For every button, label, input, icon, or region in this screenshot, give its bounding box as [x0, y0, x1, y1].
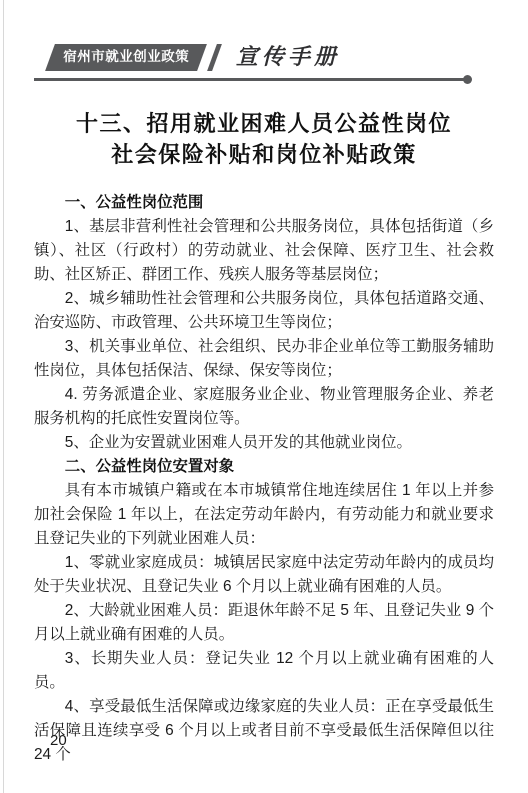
header-rule	[34, 78, 470, 81]
handbook-page: { "header": { "badge_label": "宿州市就业创业政策"…	[0, 0, 528, 793]
chapter-title-line1: 十三、招用就业困难人员公益性岗位	[0, 108, 528, 139]
policy-series-badge: 宿州市就业创业政策	[45, 44, 207, 71]
paragraph: 具有本市城镇户籍或在本市城镇常住地连续居住 1 年以上并参加社会保险 1 年以上…	[34, 479, 494, 551]
chapter-title: 十三、招用就业困难人员公益性岗位 社会保险补贴和岗位补贴政策	[0, 108, 528, 170]
paragraph: 5、企业为安置就业困难人员开发的其他就业岗位。	[34, 431, 494, 455]
section-heading: 一、公益性岗位范围	[34, 191, 494, 215]
paragraph: 3、长期失业人员：登记失业 12 个月以上就业确有困难的人员。	[34, 647, 494, 695]
chapter-title-line2: 社会保险补贴和岗位补贴政策	[0, 139, 528, 170]
section-heading: 二、公益性岗位安置对象	[34, 455, 494, 479]
paragraph: 4、享受最低生活保障或边缘家庭的失业人员：正在享受最低生活保障且连续享受 6 个…	[34, 695, 494, 767]
policy-series-badge-label: 宿州市就业创业政策	[63, 50, 189, 64]
paragraph: 3、机关事业单位、社会组织、民办非企业单位等工勤服务辅助性岗位，具体包括保洁、保…	[34, 335, 494, 383]
badge-slash-decoration	[208, 44, 223, 71]
page-header: 宿州市就业创业政策 宣传手册	[45, 44, 528, 71]
header-rule-dot	[463, 75, 472, 84]
page-number: 20	[50, 732, 67, 749]
body-text: 一、公益性岗位范围 1、基层非营利性社会管理和公共服务岗位，具体包括街道（乡镇）…	[34, 191, 494, 767]
paragraph: 4. 劳务派遣企业、家庭服务业企业、物业管理服务企业、养老服务机构的托底性安置岗…	[34, 383, 494, 431]
paragraph: 1、零就业家庭成员：城镇居民家庭中法定劳动年龄内的成员均处于失业状况、且登记失业…	[34, 551, 494, 599]
paragraph: 2、城乡辅助性社会管理和公共服务岗位，具体包括道路交通、治安巡防、市政管理、公共…	[34, 287, 494, 335]
page-edge-line	[3, 0, 4, 793]
handbook-label: 宣传手册	[236, 43, 340, 70]
paragraph: 2、大龄就业困难人员：距退休年龄不足 5 年、且登记失业 9 个月以上就业确有困…	[34, 599, 494, 647]
paragraph: 1、基层非营利性社会管理和公共服务岗位，具体包括街道（乡镇）、社区（行政村）的劳…	[34, 215, 494, 287]
